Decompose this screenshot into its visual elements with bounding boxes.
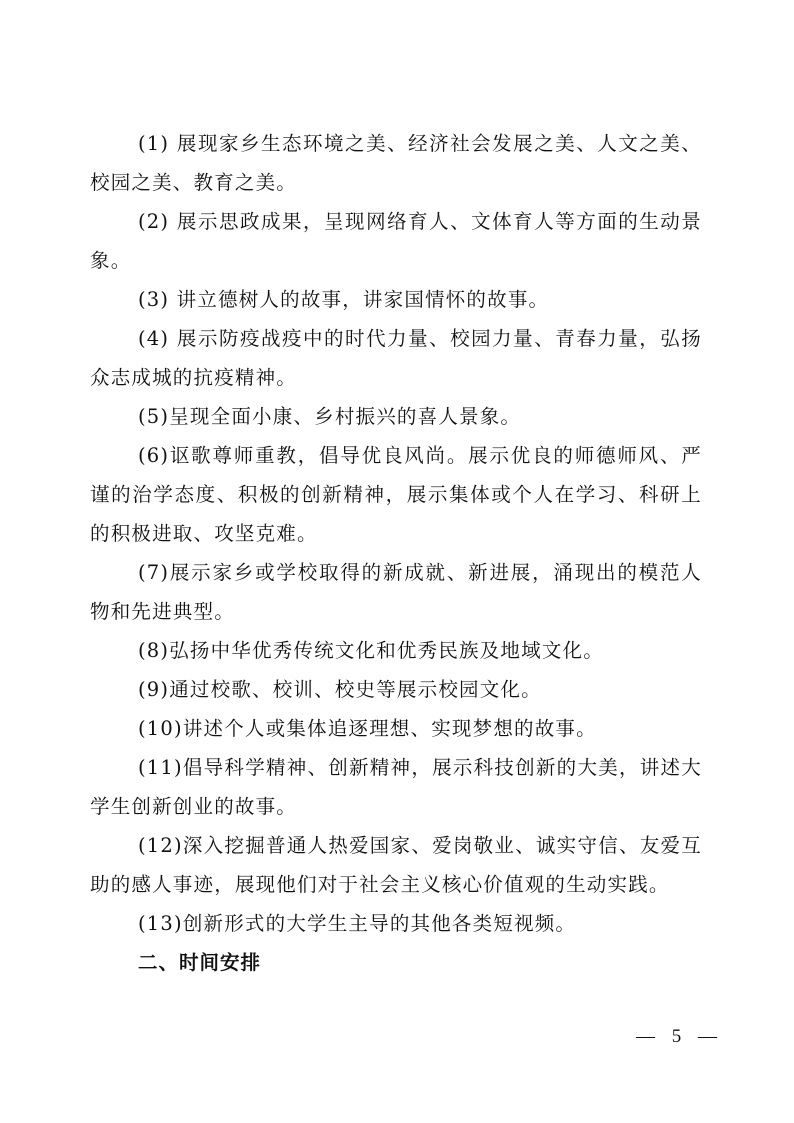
document-body: (1) 展现家乡生态环境之美、经济社会发展之美、人文之美、校园之美、教育之美。 … xyxy=(90,124,702,982)
list-item-11: (11)倡导科学精神、创新精神，展示科技创新的大美，讲述大学生创新创业的故事。 xyxy=(90,748,702,826)
section-heading: 二、时间安排 xyxy=(90,943,702,982)
list-item-7: (7)展示家乡或学校取得的新成就、新进展，涌现出的模范人物和先进典型。 xyxy=(90,553,702,631)
list-item-3: (3) 讲立德树人的故事，讲家国情怀的故事。 xyxy=(90,280,702,319)
list-item-10: (10)讲述个人或集体追逐理想、实现梦想的故事。 xyxy=(90,709,702,748)
list-item-4: (4) 展示防疫战疫中的时代力量、校园力量、青春力量，弘扬众志成城的抗疫精神。 xyxy=(90,319,702,397)
page-number: — 5 — xyxy=(636,1026,723,1048)
list-item-2: (2) 展示思政成果，呈现网络育人、文体育人等方面的生动景象。 xyxy=(90,202,702,280)
list-item-9: (9)通过校歌、校训、校史等展示校园文化。 xyxy=(90,670,702,709)
list-item-8: (8)弘扬中华优秀传统文化和优秀民族及地域文化。 xyxy=(90,631,702,670)
list-item-5: (5)呈现全面小康、乡村振兴的喜人景象。 xyxy=(90,397,702,436)
list-item-6: (6)讴歌尊师重教，倡导优良风尚。展示优良的师德师风、严谨的治学态度、积极的创新… xyxy=(90,436,702,553)
list-item-12: (12)深入挖掘普通人热爱国家、爱岗敬业、诚实守信、友爱互助的感人事迹，展现他们… xyxy=(90,826,702,904)
list-item-1: (1) 展现家乡生态环境之美、经济社会发展之美、人文之美、校园之美、教育之美。 xyxy=(90,124,702,202)
list-item-13: (13)创新形式的大学生主导的其他各类短视频。 xyxy=(90,904,702,943)
